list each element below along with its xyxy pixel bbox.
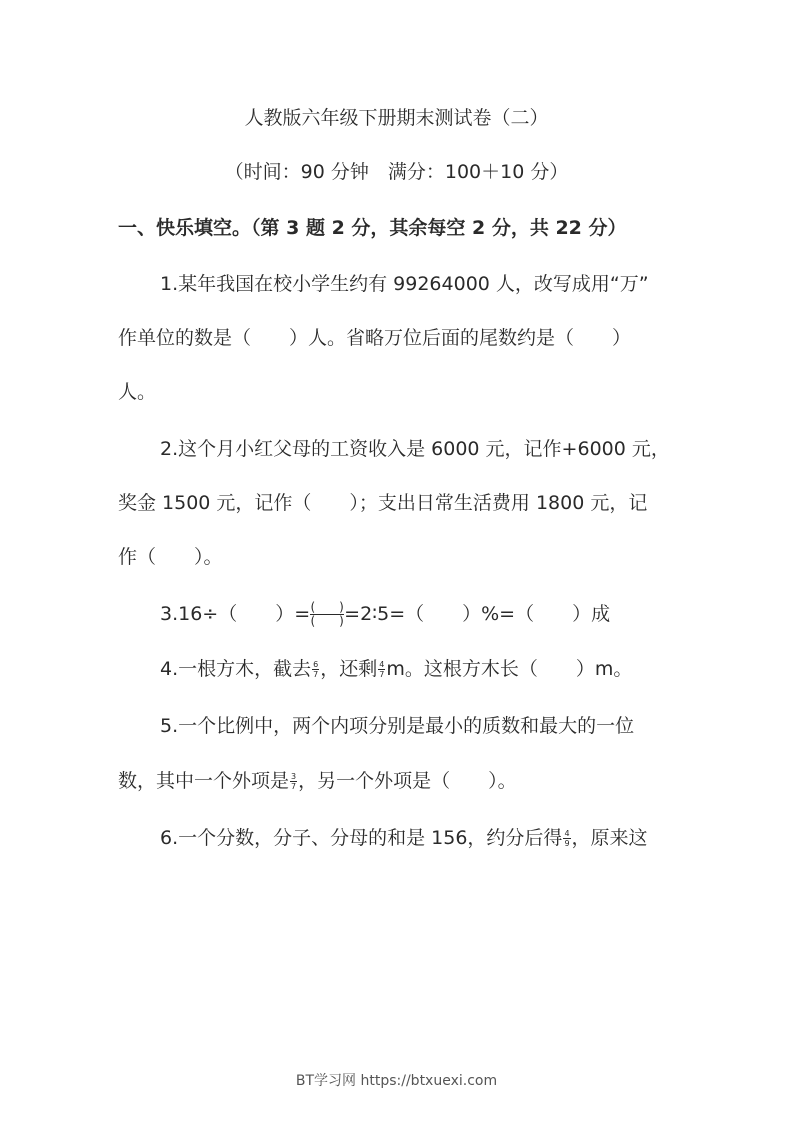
- fraction-numerator: 3: [290, 772, 297, 782]
- question-2-line-1: 2.这个月小红父母的工资收入是 6000 元，记作+6000 元，: [160, 437, 670, 461]
- question-6-fraction: 49: [563, 829, 570, 848]
- question-1-line-3: 人。: [118, 380, 156, 404]
- fraction-denominator: 7: [312, 670, 319, 679]
- question-5-fraction: 37: [290, 772, 297, 791]
- fraction-numerator: 4: [378, 660, 385, 670]
- fraction-denominator: ( ): [310, 615, 344, 628]
- fraction-numerator: 6: [312, 660, 319, 670]
- exam-page: 人教版六年级下册期末测试卷（二） （时间：90 分钟 满分：100＋10 分） …: [0, 0, 793, 1122]
- question-5-part-2: ，另一个外项是（ ）。: [298, 770, 517, 792]
- fraction-numerator: ( ): [310, 601, 344, 615]
- document-subtitle: （时间：90 分钟 满分：100＋10 分）: [0, 160, 793, 184]
- fraction-denominator: 7: [290, 782, 297, 791]
- question-3-after: =2∶5=（ ）%=（ ）成: [344, 603, 610, 625]
- question-4-part-3: m。这根方木长（ ）m。: [386, 658, 632, 680]
- fraction-denominator: 7: [378, 670, 385, 679]
- fraction-numerator: 4: [563, 829, 570, 839]
- question-5-part-1: 数，其中一个外项是: [118, 770, 289, 792]
- section-heading: 一、快乐填空。（第 3 题 2 分，其余每空 2 分，共 22 分）: [118, 216, 627, 240]
- question-6: 6.一个分数，分子、分母的和是 156，约分后得49，原来这: [160, 826, 648, 850]
- question-4-part-2: ，还剩: [320, 658, 377, 680]
- question-4: 4.一根方木，截去67，还剩47m。这根方木长（ ）m。: [160, 657, 632, 681]
- question-1-line-2: 作单位的数是（ ）人。省略万位后面的尾数约是（ ）: [118, 326, 631, 350]
- question-3-before: 3.16÷（ ）=: [160, 603, 310, 625]
- footer-watermark: BT学习网 https://btxuexi.com: [0, 1070, 793, 1090]
- question-3-fraction: ( )( ): [310, 601, 344, 628]
- question-2-line-2: 奖金 1500 元，记作（ ）；支出日常生活费用 1800 元，记: [118, 491, 647, 515]
- question-4-fraction-2: 47: [378, 660, 385, 679]
- question-5-line-1: 5.一个比例中，两个内项分别是最小的质数和最大的一位: [160, 714, 634, 738]
- question-6-part-2: ，原来这: [572, 827, 648, 849]
- question-5-line-2: 数，其中一个外项是37，另一个外项是（ ）。: [118, 769, 517, 793]
- document-title: 人教版六年级下册期末测试卷（二）: [0, 106, 793, 130]
- question-4-fraction-1: 67: [312, 660, 319, 679]
- question-3: 3.16÷（ ）=( )( )=2∶5=（ ）%=（ ）成: [160, 601, 610, 628]
- question-6-part-1: 6.一个分数，分子、分母的和是 156，约分后得: [160, 827, 562, 849]
- fraction-denominator: 9: [563, 839, 570, 848]
- question-2-line-3: 作（ ）。: [118, 545, 223, 569]
- question-4-part-1: 4.一根方木，截去: [160, 658, 311, 680]
- question-1-line-1: 1.某年我国在校小学生约有 99264000 人，改写成用“万”: [160, 272, 649, 296]
